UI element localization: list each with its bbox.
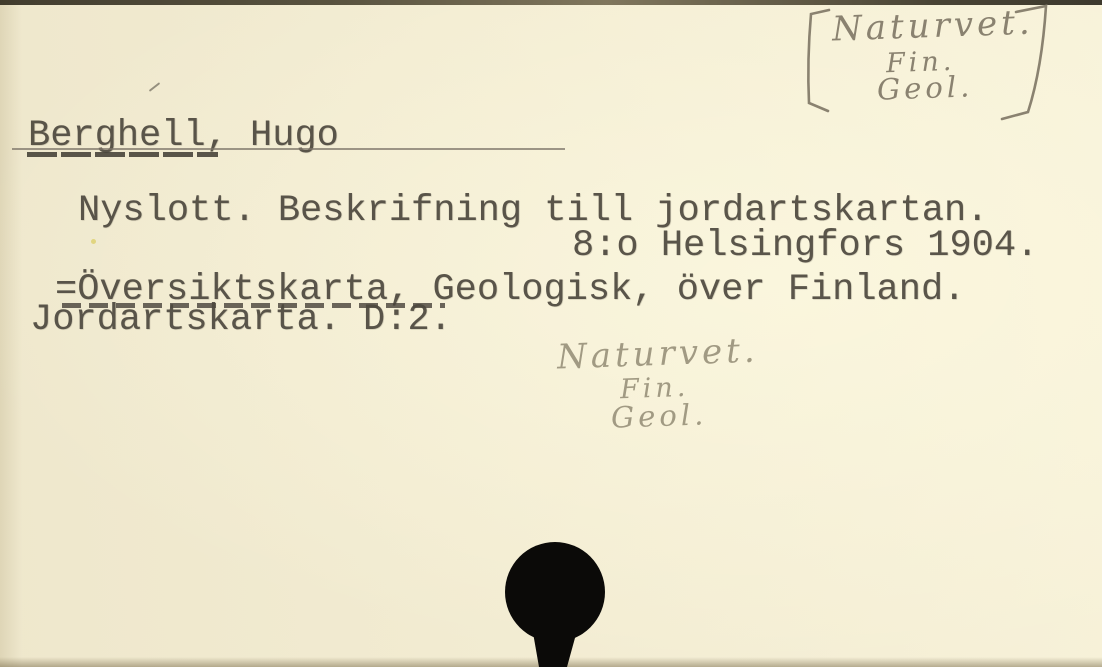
middle-class-line-1: Naturvet.: [556, 333, 759, 374]
catalog-card-scan: Berghell, Hugo Nyslott. Beskrifning till…: [0, 0, 1102, 667]
corner-class-line-3: Geol.: [877, 72, 974, 104]
pencil-tick-mark: [149, 82, 160, 92]
hole-punch: [475, 527, 635, 667]
middle-class-line-3: Geol.: [611, 400, 708, 432]
heading-underscore-line: [27, 152, 218, 157]
heading-rule-line: [12, 148, 565, 150]
paper-speck: [91, 239, 96, 244]
imprint-line: 8:o Helsingfors 1904.: [572, 228, 1038, 265]
series-line-2: Jordartskarta. D:2.: [30, 302, 452, 339]
corner-class-line-1: Naturvet.: [831, 5, 1034, 46]
hole-punch-stem: [532, 627, 578, 667]
left-bracket-mark: [808, 10, 829, 111]
